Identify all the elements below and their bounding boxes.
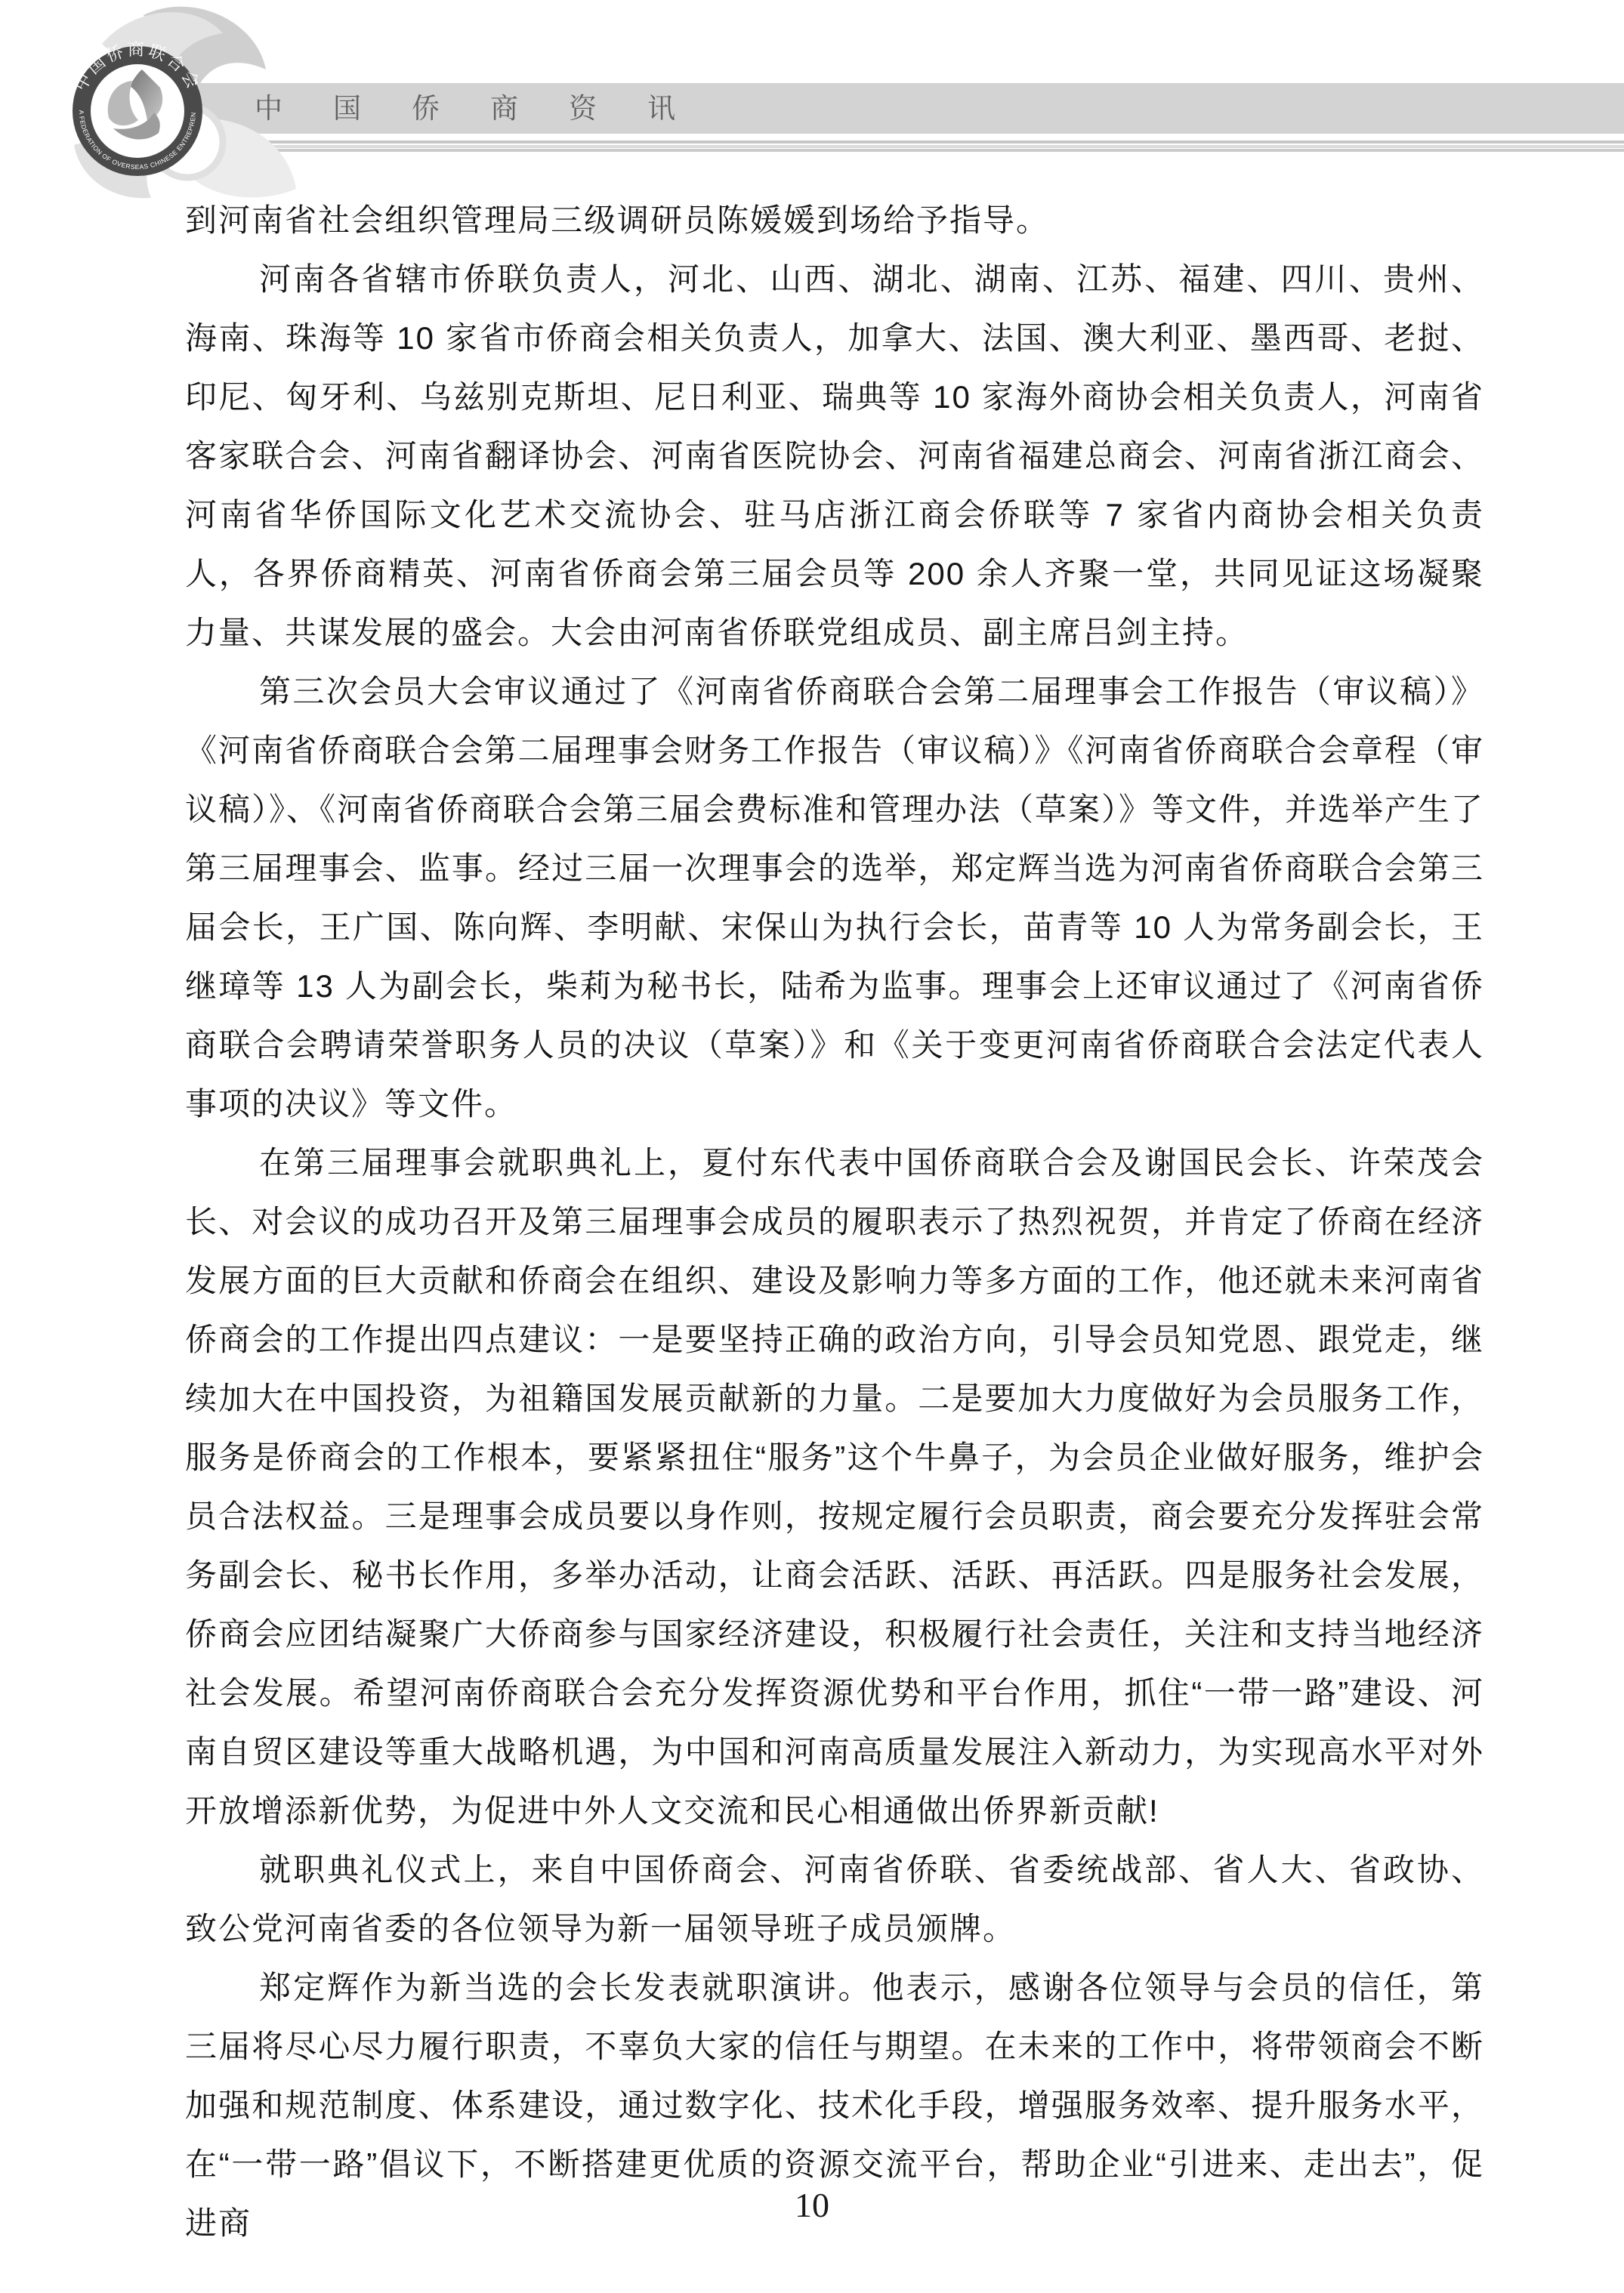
- logo: 中国侨商联合会 CHINA FEDERATION OF OVERSEAS CHI…: [30, 0, 317, 204]
- logo-graphic: 中国侨商联合会 CHINA FEDERATION OF OVERSEAS CHI…: [30, 0, 317, 204]
- body-paragraph: 河南各省辖市侨联负责人，河北、山西、湖北、湖南、江苏、福建、四川、贵州、海南、珠…: [185, 250, 1484, 662]
- header-stripe: [181, 149, 1624, 152]
- body-paragraph: 在第三届理事会就职典礼上，夏付东代表中国侨商联合会及谢国民会长、许荣茂会长、对会…: [185, 1134, 1484, 1841]
- body-paragraph: 到河南省社会组织管理局三级调研员陈媛媛到场给予指导。: [185, 191, 1484, 250]
- header-stripe: [181, 140, 1624, 144]
- article-body: 到河南省社会组织管理局三级调研员陈媛媛到场给予指导。 河南各省辖市侨联负责人，河…: [185, 191, 1484, 2253]
- header-title: 中国侨商资讯: [255, 83, 726, 134]
- page: 中国侨商资讯: [0, 0, 1624, 2293]
- body-paragraph: 就职典礼仪式上，来自中国侨商会、河南省侨联、省委统战部、省人大、省政协、致公党河…: [185, 1841, 1484, 1958]
- header-stripe: [181, 145, 1624, 148]
- page-number: 10: [0, 2185, 1624, 2225]
- body-paragraph: 第三次会员大会审议通过了《河南省侨商联合会第二届理事会工作报告（审议稿）》《河南…: [185, 662, 1484, 1134]
